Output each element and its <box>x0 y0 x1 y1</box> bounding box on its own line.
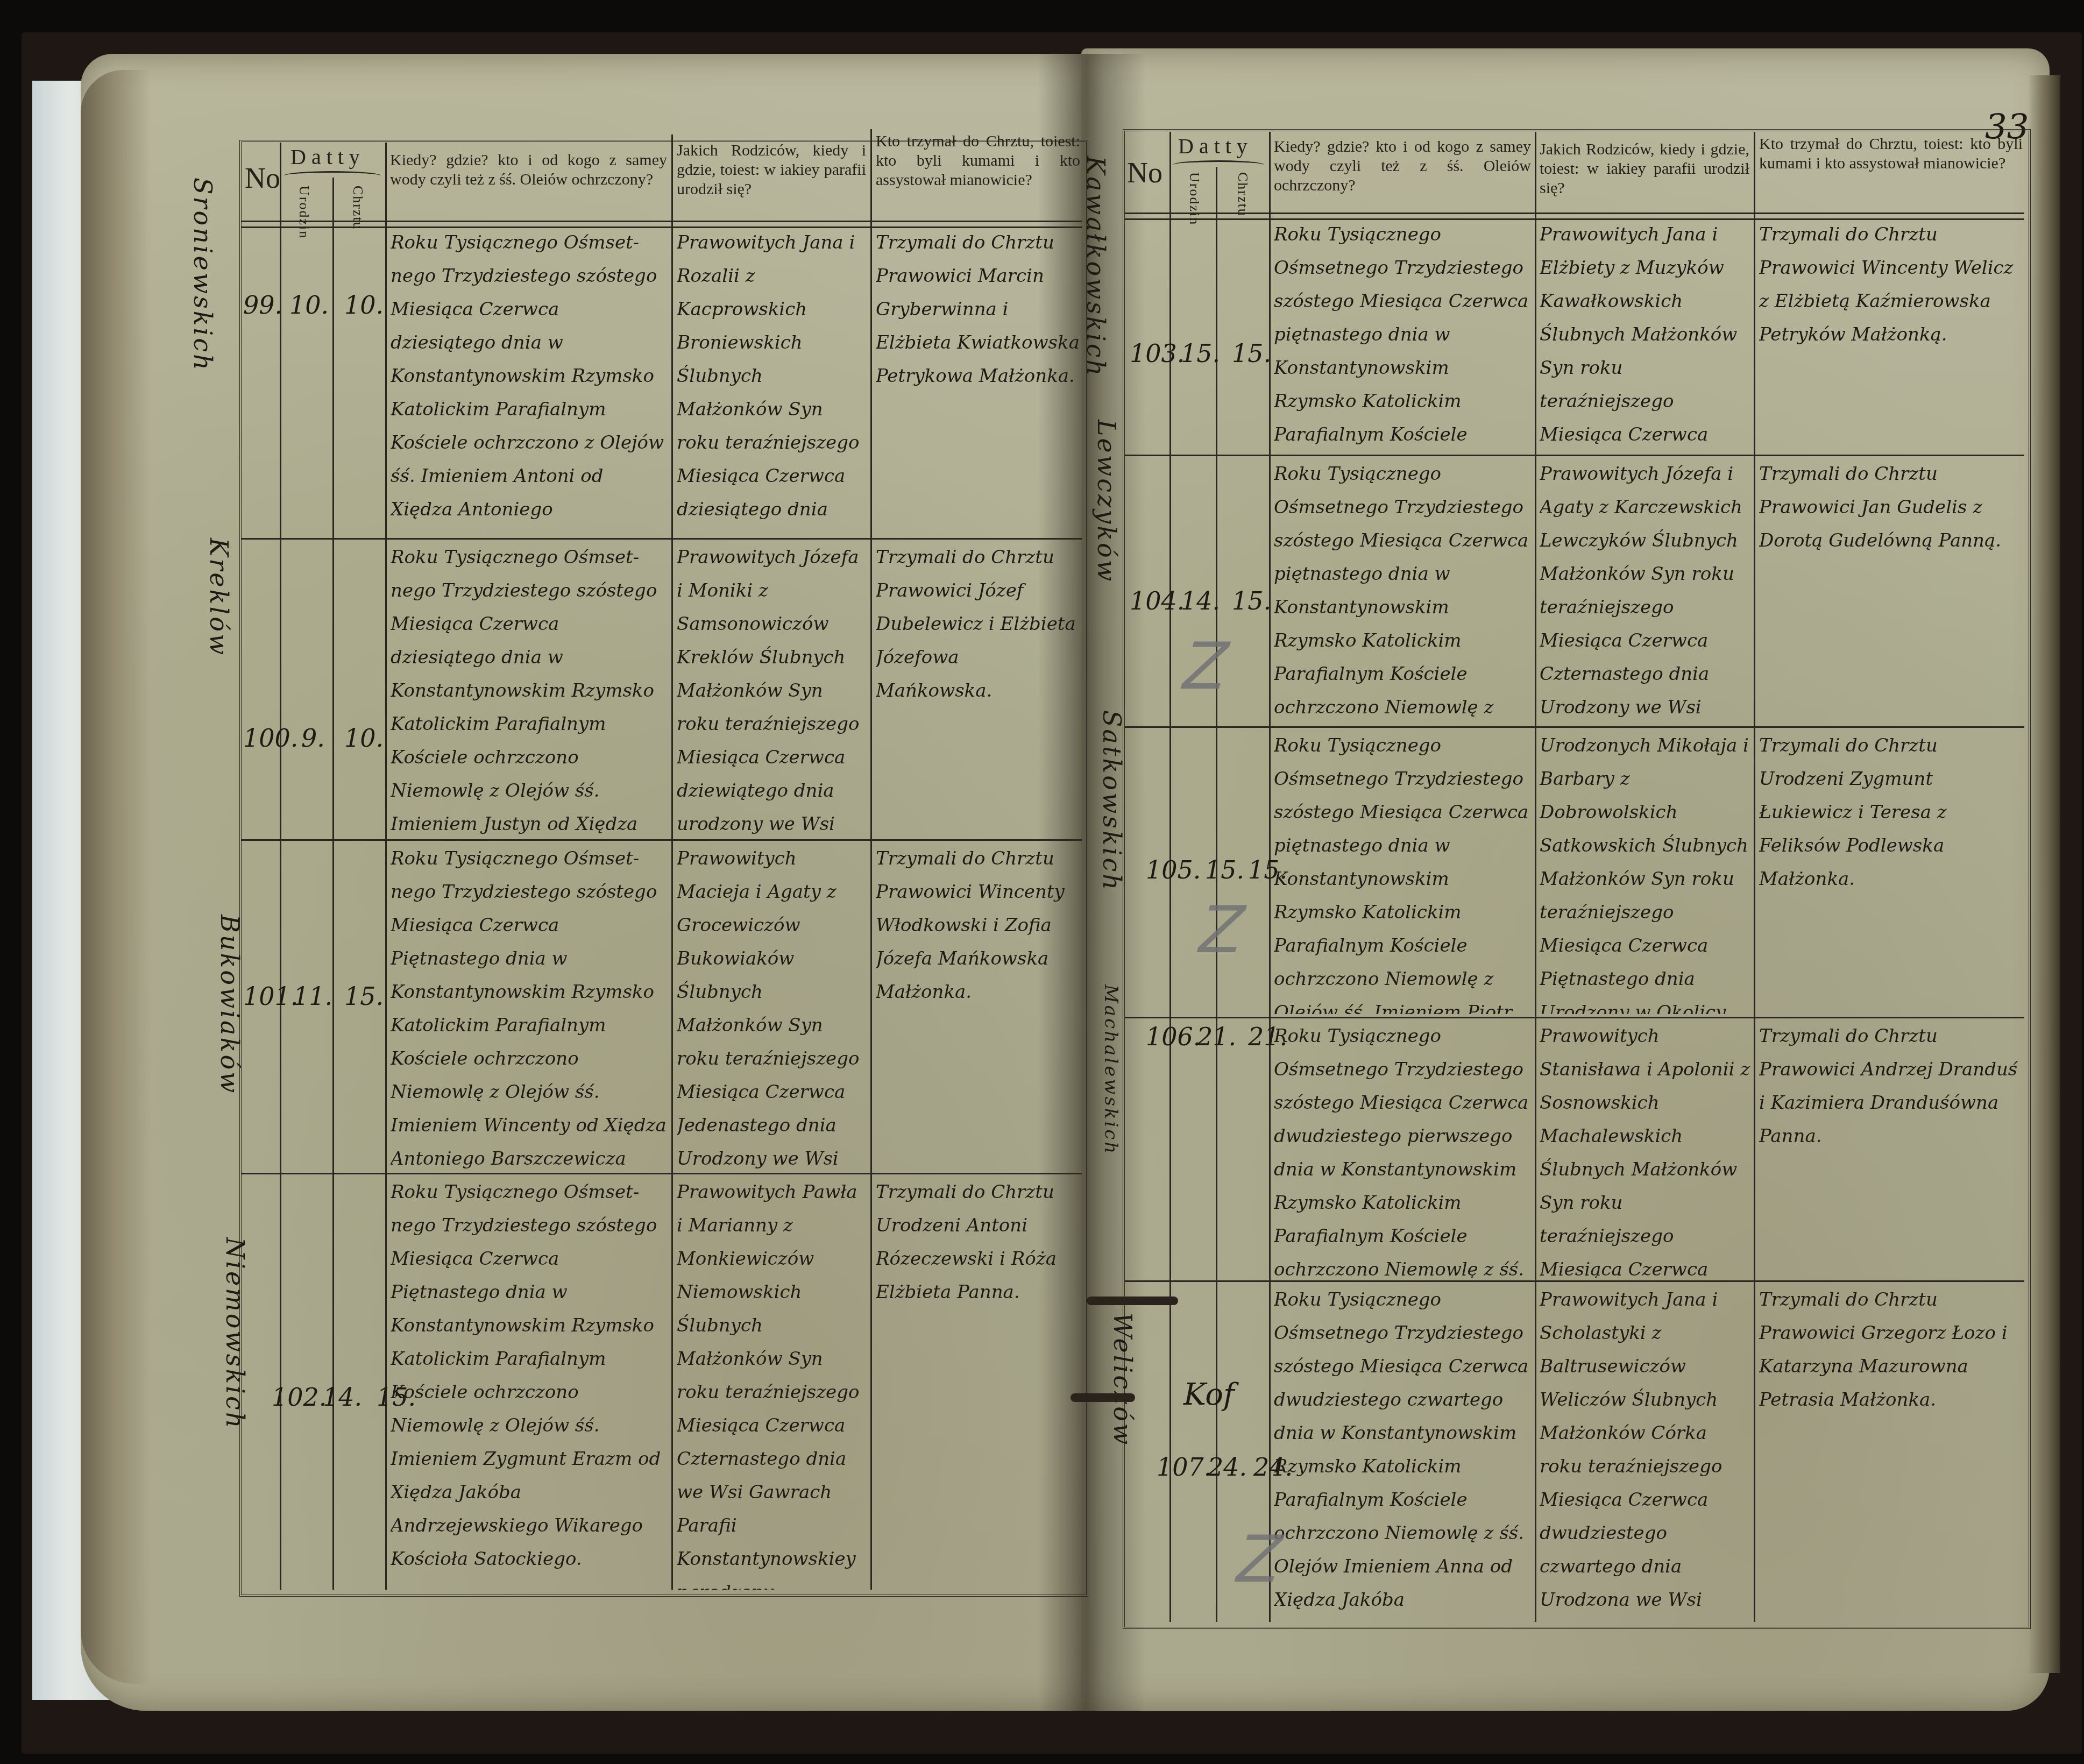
godparents-details: Trzymali do Chrztu Prawowici Andrzej Dra… <box>1759 1019 2023 1278</box>
row-rule <box>1125 1017 2024 1018</box>
header-brace <box>284 171 381 180</box>
col-line <box>280 143 281 1590</box>
header-jakich: Jakich Rodziców, kiedy i gdzie, toiest: … <box>1540 140 1749 198</box>
row-rule <box>1125 455 2024 456</box>
margin-surname: Lewczyków <box>1092 420 1121 581</box>
col-line <box>1535 132 1536 1622</box>
margin-surname: Sroniewskich <box>188 178 217 403</box>
birth-day: 15. <box>1181 339 1220 368</box>
header-no: No <box>245 161 280 195</box>
record-number: 100. <box>243 724 298 753</box>
col-line <box>332 178 334 1590</box>
baptism-details: Roku Tysiącznego Ośmsetnego Trzydziesteg… <box>1274 1019 1532 1278</box>
record-number: 105. <box>1146 855 1201 884</box>
godparents-details: Trzymali do Chrztu Prawowici Grzegorz Ło… <box>1759 1283 2023 1622</box>
godparents-details: Trzymali do Chrztu Prawowici Jan Gudelis… <box>1759 457 2023 724</box>
birth-day: 14. <box>1181 586 1220 615</box>
binding-thread <box>1071 1393 1135 1402</box>
header-urodzin: Urodzin <box>296 186 312 239</box>
header-kiedy: Kiedy? gdzie? kto i od kogo z samey wody… <box>1274 137 1531 195</box>
baptism-day: 15. <box>344 982 384 1011</box>
right-page-edge <box>2028 75 2060 1673</box>
col-line <box>671 134 673 1590</box>
ink-mark: Kof <box>1183 1377 1235 1412</box>
margin-surname: Niemowskich <box>221 1237 250 1517</box>
godparents-details: Trzymali do Chrztu Prawowici Wincenty Wł… <box>876 842 1080 1170</box>
header-kiedy: Kiedy? gdzie? kto i od kogo z samey wody… <box>390 151 667 189</box>
baptism-details: Roku Tysiącznego Ośmset-nego Trzydzieste… <box>391 1175 668 1590</box>
baptism-day: 15. <box>1232 339 1271 368</box>
record-number: 104. <box>1130 586 1185 615</box>
header-chrztu: Chrztu <box>350 186 366 230</box>
binding-thread <box>1087 1297 1178 1305</box>
row-rule <box>242 839 1082 841</box>
baptism-details: Roku Tysiącznego Ośmsetnego Trzydziesteg… <box>1274 1283 1532 1622</box>
parents-details: Prawowitych Józefa i Agaty z Karczewskic… <box>1540 457 1750 724</box>
col-line <box>385 143 387 1590</box>
record-number: 106. <box>1146 1022 1201 1051</box>
parents-details: Prawowitych Pawła i Marianny z Monkiewic… <box>677 1175 868 1590</box>
godparents-details: Trzymali do Chrztu Prawowici Wincenty We… <box>1759 218 2023 452</box>
godparents-details: Trzymali do Chrztu Urodzeni Antoni Rózec… <box>876 1175 1080 1590</box>
header-urodzin: Urodzin <box>1186 172 1202 225</box>
row-rule <box>242 538 1082 540</box>
parents-details: Prawowitych Jana i Elżbiety z Muzyków Ka… <box>1540 218 1750 452</box>
birth-day: 11. <box>293 982 332 1011</box>
col-line <box>1754 132 1755 1622</box>
header-datty: Datty <box>290 144 365 169</box>
baptism-details: Roku Tysiącznego Ośmsetnego Trzydziesteg… <box>1274 729 1532 1014</box>
header-brace <box>1173 160 1264 169</box>
parents-details: Prawowitych Macieja i Agaty z Grocewiczó… <box>677 842 868 1170</box>
record-number: 107. <box>1157 1453 1211 1482</box>
baptism-day: 10. <box>344 724 384 753</box>
godparents-details: Trzymali do Chrztu Urodzeni Zygmunt Łuki… <box>1759 729 2023 1014</box>
margin-surname: Kawałkowskich <box>1081 156 1110 382</box>
record-number: 99. <box>243 291 282 320</box>
header-kto: Kto trzymał do Chrztu, toiest: kto byli … <box>876 132 1080 190</box>
margin-surname: Kreklów <box>204 538 233 764</box>
birth-day: 15. <box>1205 855 1244 884</box>
birth-day: 24. <box>1208 1453 1247 1482</box>
baptism-details: Roku Tysiącznego Ośmsetnego Trzydziesteg… <box>1274 457 1532 724</box>
header-chrztu: Chrztu <box>1235 172 1251 217</box>
header-datty: Datty <box>1178 133 1253 159</box>
header-jakich: Jakich Rodziców, kiedy i gdzie, toiest: … <box>677 141 866 199</box>
record-number: 101. <box>243 982 298 1011</box>
margin-surname: Satkowskich <box>1097 710 1126 925</box>
baptism-details: Roku Tysiącznego Ośmsetnego Trzydziesteg… <box>1274 218 1532 452</box>
parents-details: Prawowitych Stanisława i Apolonii z Sosn… <box>1540 1019 1750 1278</box>
margin-surname: Bukowiaków <box>215 915 244 1140</box>
margin-surname: Machalewskich <box>1100 984 1122 1210</box>
header-kto: Kto trzymał do Chrztu, toiest: kto byli … <box>1759 134 2023 173</box>
parents-details: Prawowitych Jana i Scholastyki z Baltrus… <box>1540 1283 1750 1622</box>
row-rule <box>242 1173 1082 1174</box>
col-line <box>870 129 872 1590</box>
birth-day: 10. <box>289 291 329 320</box>
header-no: No <box>1127 156 1162 189</box>
godparents-details: Trzymali do Chrztu Prawowici Marcin Gryb… <box>876 226 1080 535</box>
row-rule <box>1125 1280 2024 1282</box>
godparents-details: Trzymali do Chrztu Prawowici Józef Dubel… <box>876 541 1080 837</box>
baptism-day: 15. <box>1232 586 1271 615</box>
parents-details: Prawowitych Jana i Rozalii z Kacprowskic… <box>677 226 868 535</box>
row-rule <box>1125 726 2024 728</box>
parents-details: Prawowitych Józefa i Moniki z Samsonowic… <box>677 541 868 837</box>
birth-day: 9. <box>301 724 325 753</box>
record-number: 102. <box>272 1383 327 1412</box>
baptism-details: Roku Tysiącznego Ośmset-nego Trzydzieste… <box>391 226 668 535</box>
birth-day: 14. <box>323 1383 362 1412</box>
birth-day: 21. <box>1197 1022 1236 1051</box>
baptism-day: 10. <box>344 291 384 320</box>
parents-details: Urodzonych Mikołaja i Barbary z Dobrowol… <box>1540 729 1750 1014</box>
record-number: 103. <box>1130 339 1185 368</box>
baptism-details: Roku Tysiącznego Ośmset-nego Trzydzieste… <box>391 541 668 837</box>
baptism-details: Roku Tysiącznego Ośmset-nego Trzydzieste… <box>391 842 668 1170</box>
left-page-edge <box>81 70 151 1684</box>
